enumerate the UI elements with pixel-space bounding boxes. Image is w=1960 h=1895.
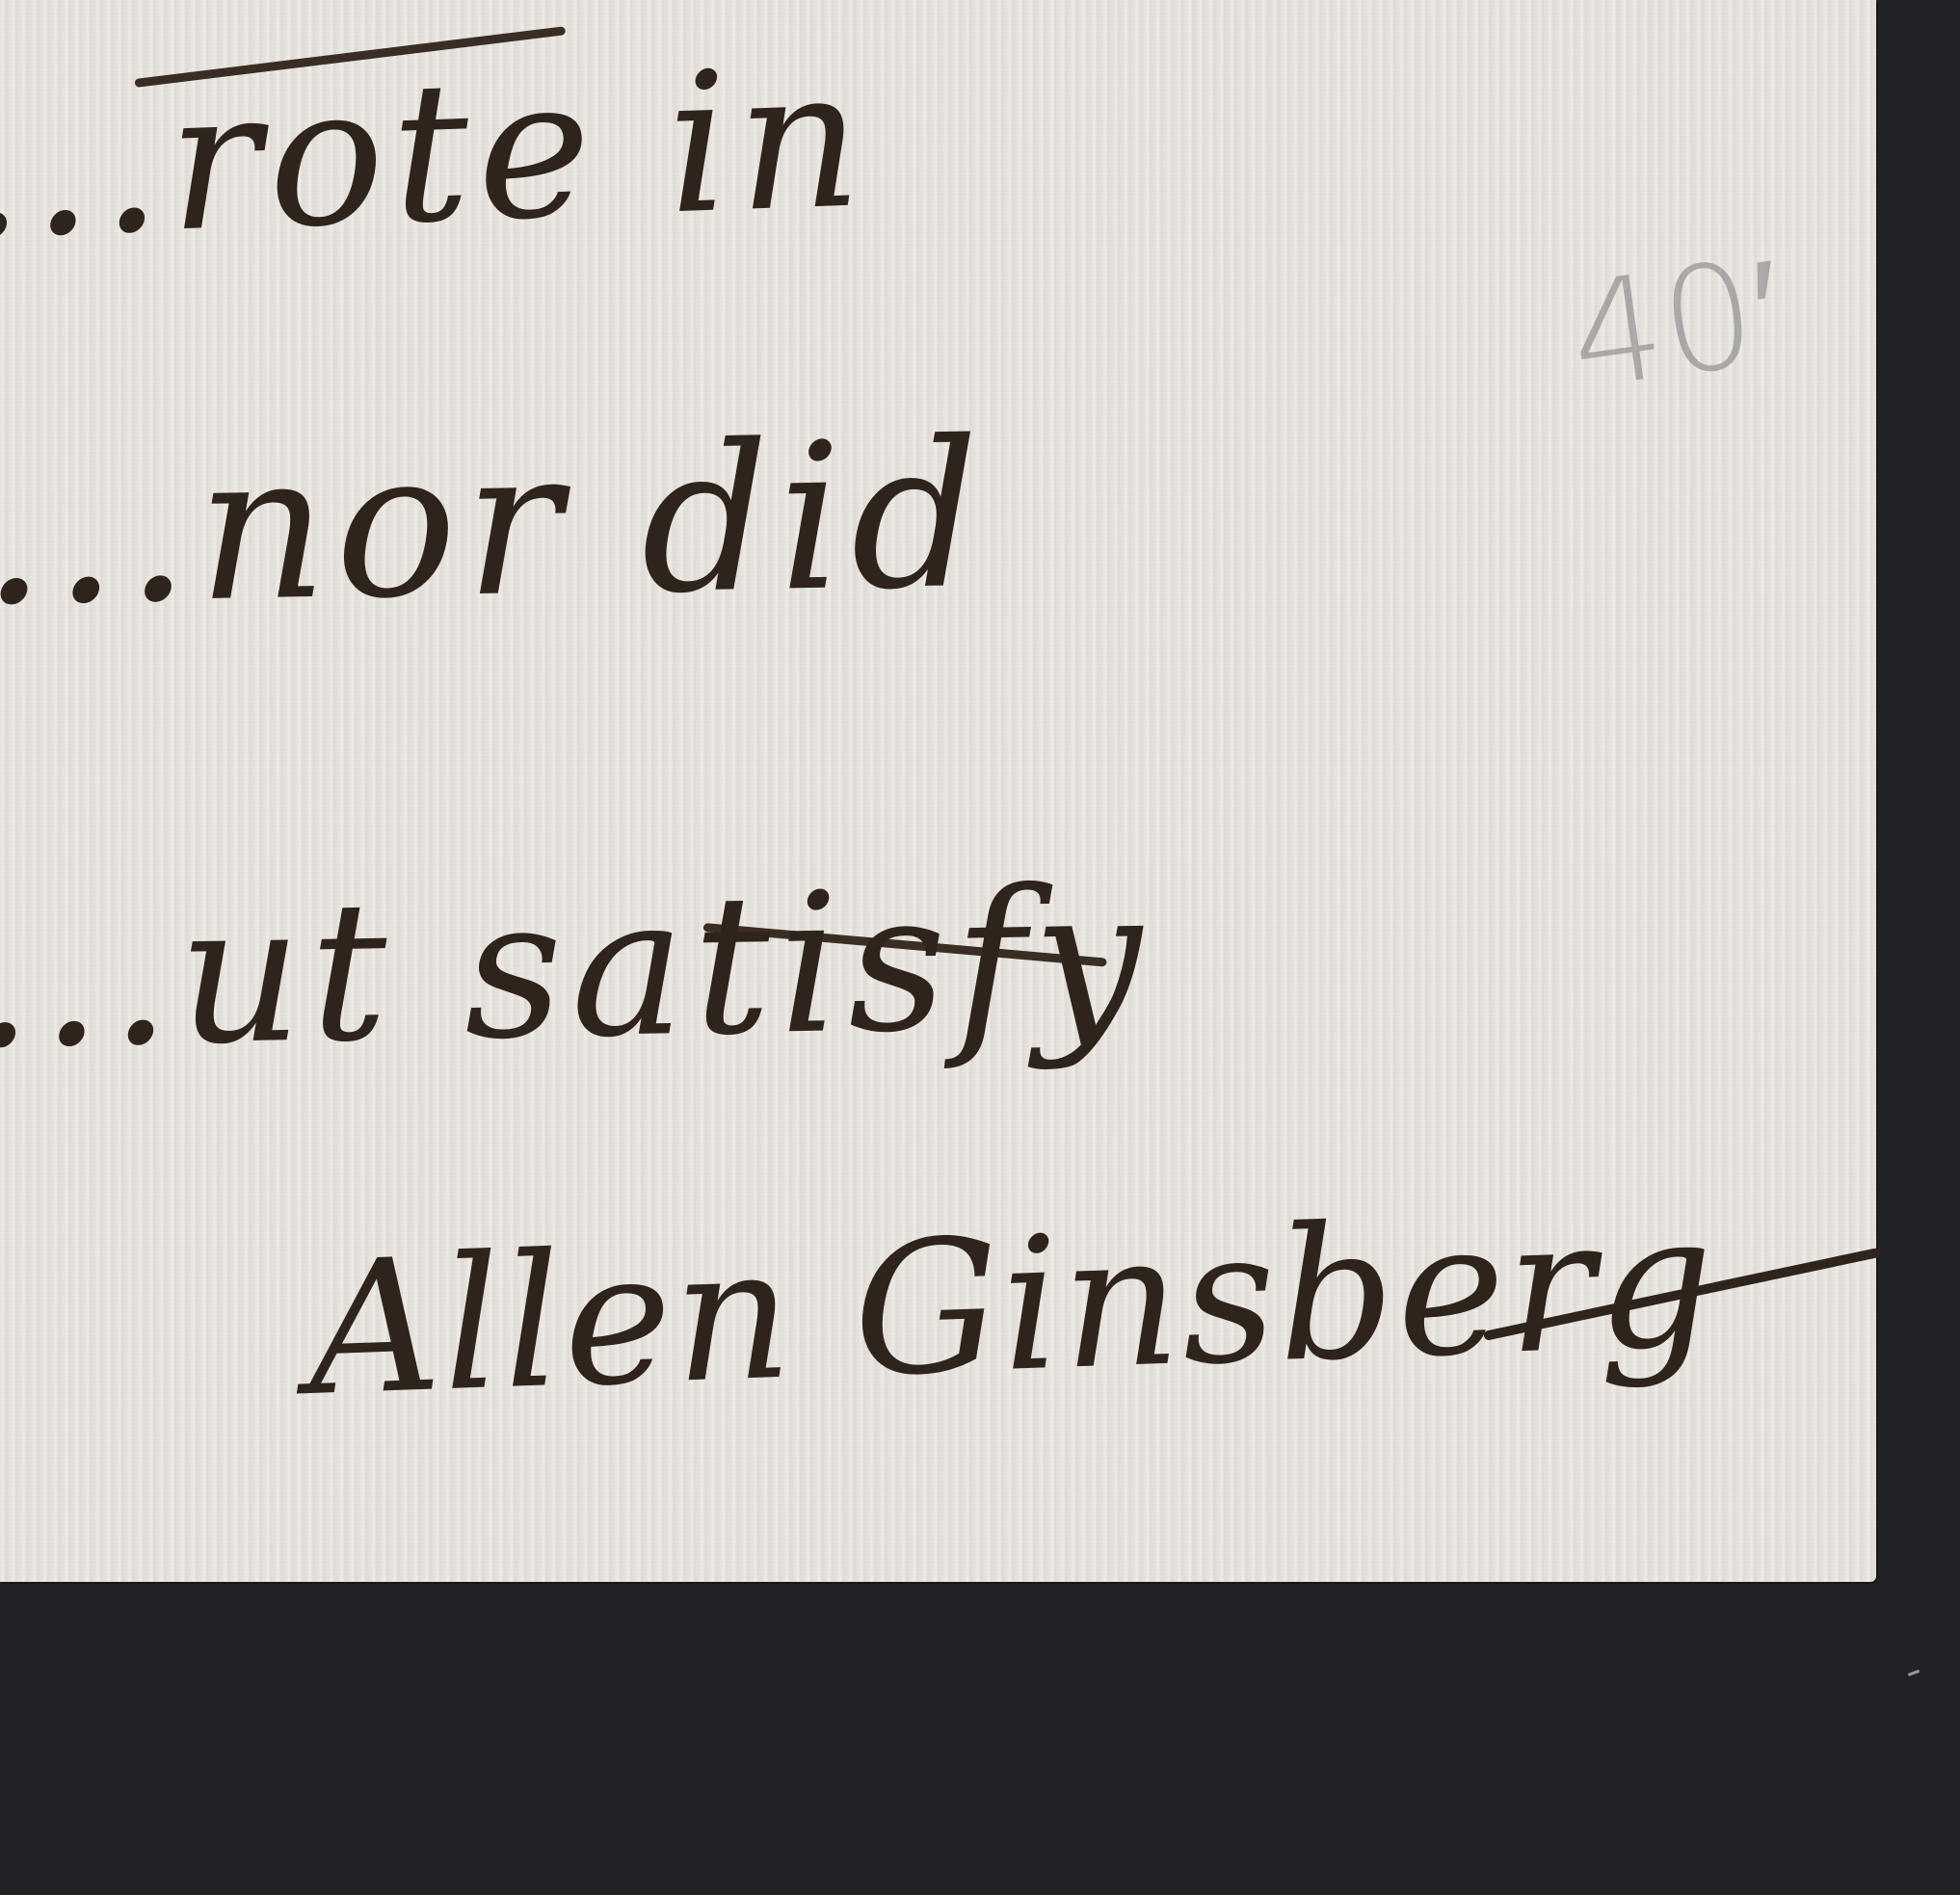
- handwriting-line-1: ...rote in: [0, 26, 872, 282]
- scan-background: ...rote in ...nor did ...ut satisfy Alle…: [0, 0, 1960, 1895]
- dust-speck: [1908, 1670, 1920, 1676]
- note-card: ...rote in ...nor did ...ut satisfy Alle…: [0, 0, 1876, 1582]
- handwriting-line-2: ...nor did: [0, 397, 990, 650]
- signature: Allen Ginsberg: [305, 1174, 1719, 1436]
- pencil-annotation: 40′: [1560, 227, 1792, 423]
- handwriting-line-3: ...ut satisfy: [0, 847, 1152, 1092]
